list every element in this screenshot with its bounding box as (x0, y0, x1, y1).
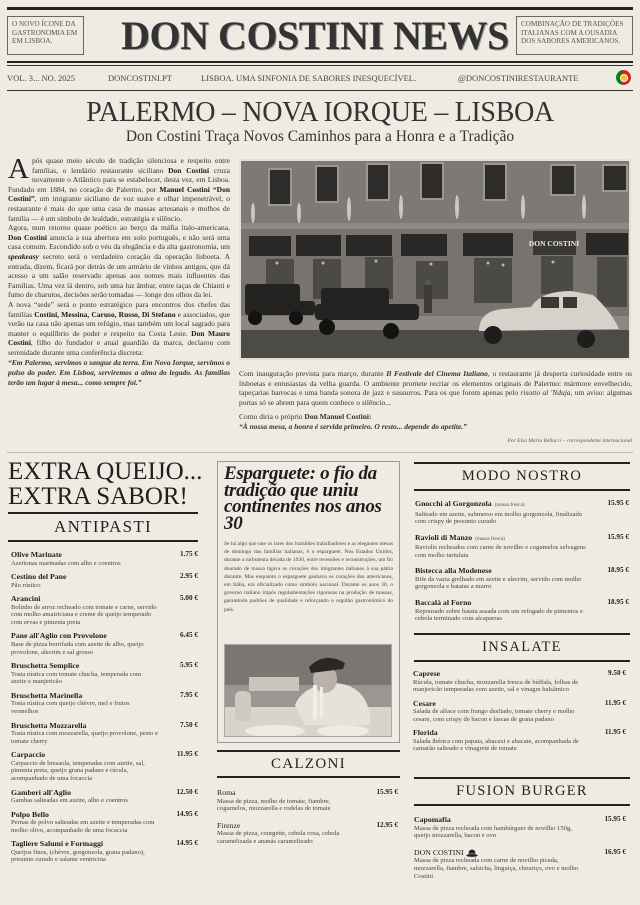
item-note: (massa fresca) (495, 502, 525, 508)
item-desc: Bife da vazia grelhado em azeite e alecr… (415, 576, 629, 591)
item-price: 5.00 € (180, 594, 198, 602)
fusion-burger-header: FUSION BURGER (414, 777, 630, 806)
article-quote: “Em Palermo, servimos o sangue da terra.… (8, 358, 230, 387)
item-desc: Azeitonas marinadas com alho e coentros (11, 560, 198, 568)
item-name: Bruschetta Marinella (11, 691, 198, 701)
item-price: 9.50 € (608, 669, 626, 677)
item-price: 12.50 € (176, 788, 198, 796)
insalate-menu: Caprese9.50 €Rúcula, tomate chucha, mozz… (413, 669, 626, 758)
slogan: EXTRA QUEIJO... EXTRA SABOR! (8, 459, 208, 509)
item-name: Caprese (413, 669, 626, 679)
item-desc: Tosta rústica com tomate chucha, tempera… (11, 671, 198, 686)
menu-item[interactable]: Bruschetta Mozzarella7.50 €Tosta rústica… (11, 721, 198, 746)
dish-name: risotto al 'Nduja (520, 388, 570, 397)
item-price: 11.95 € (605, 728, 626, 736)
text: , filho do fundador e atual guardião da … (8, 338, 230, 357)
menu-item[interactable]: Bruschetta Marinella7.95 €Tosta rústica … (11, 691, 198, 716)
item-name: Gamberi all'Aglio (11, 788, 198, 798)
menu-item[interactable]: Gamberi all'Aglio12.50 €Gambas salteadas… (11, 788, 198, 805)
article-paragraph-2: Agora, num retorno quase poético ao berç… (8, 223, 230, 300)
item-note: (massa fresca) (475, 536, 505, 542)
item-name: Arancini (11, 594, 198, 604)
feature-body: Se há algo que une os lares dos humildes… (224, 540, 393, 614)
item-price: 7.95 € (180, 691, 198, 699)
text: Agora, num retorno quase poético ao berç… (8, 223, 230, 232)
menu-item[interactable]: Cestino del Pane2.95 €Pão rústico (11, 572, 198, 589)
item-price: 18.95 € (607, 566, 629, 574)
item-desc: Queijos finos, (chèvre, gorgonzola, gran… (11, 849, 198, 864)
item-name: Florida (413, 728, 626, 738)
article-right-quote: “À nossa mesa, a honra é servida primeir… (239, 422, 632, 432)
item-desc: Salada de alface com frango desfiado, to… (413, 708, 626, 723)
item-price: 15.95 € (376, 788, 398, 796)
item-name: Cestino del Pane (11, 572, 198, 582)
masthead-left-box: O novo ícone da gastronomia em em Lisboa… (7, 16, 84, 55)
menu-item[interactable]: Bistecca alla Modenese18.95 €Bife da vaz… (415, 566, 629, 591)
item-name: Roma (217, 788, 398, 798)
insalate-header: INSALATE (414, 633, 630, 662)
item-price: 15.95 € (607, 499, 629, 507)
item-desc: Salteado em azeite, submerso em molho go… (415, 511, 629, 526)
calzoni-header: CALZONI (217, 750, 400, 778)
antipasti-menu: Olive Marinate1.75 €Azeitonas marinadas … (11, 550, 198, 869)
item-desc: Massa de pizza, molho de tomate, fiambre… (217, 798, 398, 813)
item-price: 18.95 € (607, 598, 629, 606)
item-price: 11.95 € (605, 699, 626, 707)
item-name: Polpo Bello (11, 810, 198, 820)
subheadline: Don Costini Traça Novos Caminhos para a … (0, 128, 640, 146)
menu-item[interactable]: Baccalà al Forno18.95 €Repousado sobre b… (415, 598, 629, 623)
item-name: Bruschetta Mozzarella (11, 721, 198, 731)
main-article: Após quase meio século de tradição silen… (8, 156, 230, 387)
item-desc: Bolinho de arroz recheado com tomate e c… (11, 604, 198, 627)
text-bold: Don Manuel Costini: (304, 412, 371, 421)
fedora-hat-icon (466, 848, 478, 857)
item-price: 7.50 € (180, 721, 198, 729)
section-divider (7, 452, 633, 453)
masthead-right-text: Combinação de tradições italianas com a … (521, 20, 624, 45)
item-name: Gnocchi al Gorgonzola(massa fresca) (415, 499, 629, 511)
text: Com inauguração prevista para março, dur… (239, 369, 386, 378)
item-desc: Rúcula, tomate chucha, mozzarella fresca… (413, 679, 626, 694)
text-bold: Don Costini (168, 166, 209, 175)
item-desc: Carpaccio de bresaola, temperadas com az… (11, 760, 198, 783)
item-price: 1.75 € (180, 550, 198, 558)
item-desc: Gambas salteadas em azeite, alho e coent… (11, 797, 198, 805)
article-continued: Com inauguração prevista para março, dur… (239, 369, 632, 432)
article-right-paragraph-1: Com inauguração prevista para março, dur… (239, 369, 632, 407)
portugal-flag-icon (616, 70, 631, 85)
masthead-left-text: O novo ícone da gastronomia em em Lisboa… (12, 20, 77, 45)
restaurant-facade-photo: DON COSTINI (239, 159, 631, 360)
item-desc: Raviolis recheados com carne de novilho … (415, 544, 629, 559)
item-name: Tagliere Salumi e Formaggi (11, 839, 198, 849)
headline: PALERMO – NOVA IORQUE – LISBOA (0, 97, 640, 129)
item-price: 15.95 € (604, 815, 626, 823)
byline: Por Elsa Maria Bellucci – correspondente… (508, 438, 632, 444)
item-price: 11.95 € (177, 750, 198, 758)
item-name-text: Ravioli di Manzo (415, 533, 472, 542)
menu-item[interactable]: Caprese9.50 €Rúcula, tomate chucha, mozz… (413, 669, 626, 694)
item-name: Pane all'Aglio con Provolone (11, 631, 198, 641)
fusion-burger-menu: Capomafia15.95 €Massa de pizza recheada … (414, 815, 626, 885)
item-desc: Massa de pizza, courgette, cebola roxa, … (217, 830, 398, 845)
text-italic: speakeasy (8, 252, 39, 261)
restaurant-sign: DON COSTINI (529, 239, 579, 248)
tagline: LISBOA. UMA SINFONIA DE SABORES INESQUEC… (201, 73, 416, 83)
menu-item[interactable]: Olive Marinate1.75 €Azeitonas marinadas … (11, 550, 198, 567)
modo-nostro-header: MODO NOSTRO (414, 462, 630, 491)
infobar-bottom-rule (7, 90, 633, 91)
menu-item[interactable]: Carpaccio11.95 €Carpaccio de bresaola, t… (11, 750, 198, 782)
item-name: DON COSTINI (414, 848, 626, 858)
menu-item[interactable]: Ravioli di Manzo(massa fresca)15.95 €Rav… (415, 533, 629, 560)
text: , um imigrante siciliano de voz suave e … (8, 194, 230, 222)
item-name: Ravioli di Manzo(massa fresca) (415, 533, 629, 545)
item-desc: Tosta rústica com mozzarella, queijo pro… (11, 730, 198, 745)
menu-item[interactable]: Gnocchi al Gorgonzola(massa fresca)15.95… (415, 499, 629, 526)
text: Como diria o próprio (239, 412, 304, 421)
item-desc: Base de pizza borrifada com azeite de al… (11, 641, 198, 656)
item-desc: Massa de pizza recheada com carne de nov… (414, 857, 626, 880)
drop-cap: A (8, 157, 29, 181)
item-desc: Pernas de polvo salteadas em azeite e te… (11, 819, 198, 834)
film-festival-name: Il Festivale del Cinema Italiano (386, 369, 488, 378)
item-name: Bistecca alla Modenese (415, 566, 629, 576)
volume-label: VOL. 3... NO. 2025 (7, 73, 75, 83)
modo-nostro-menu: Gnocchi al Gorgonzola(massa fresca)15.95… (415, 499, 629, 628)
menu-item[interactable]: Florida11.95 €Salada ibérica com papaia,… (413, 728, 626, 753)
item-price: 12.95 € (376, 821, 398, 829)
item-desc: Salada ibérica com papaia, abacaxi e aba… (413, 738, 626, 753)
item-name: Baccalà al Forno (415, 598, 629, 608)
menu-item[interactable]: Capomafia15.95 €Massa de pizza recheada … (414, 815, 626, 840)
article-paragraph-1: Após quase meio século de tradição silen… (8, 156, 230, 223)
calzoni-menu: Roma15.95 €Massa de pizza, molho de toma… (217, 788, 398, 850)
item-name: Capomafia (414, 815, 626, 825)
menu-item[interactable]: Polpo Bello14.95 €Pernas de polvo saltea… (11, 810, 198, 835)
article-right-paragraph-2: Como diria o próprio Don Manuel Costini: (239, 412, 632, 422)
esparguete-feature: Esparguete: o fio da tradição que uniu c… (217, 461, 400, 743)
item-name-text: Gnocchi al Gorgonzola (415, 499, 492, 508)
slogan-line-1: EXTRA QUEIJO... (8, 459, 208, 484)
menu-item[interactable]: Tagliere Salumi e Formaggi14.95 €Queijos… (11, 839, 198, 864)
item-desc: Pão rústico (11, 582, 198, 590)
item-name: Cesare (413, 699, 626, 709)
item-desc: Repousado sobre batata assada com um ref… (415, 608, 629, 623)
article-paragraph-3: A nova “sede” será o ponto estratégico p… (8, 300, 230, 358)
menu-item[interactable]: Firenze12.95 €Massa de pizza, courgette,… (217, 821, 398, 846)
social-handle-link[interactable]: @DONCOSTINIRESTAURANTE (458, 73, 578, 83)
item-name: Carpaccio (11, 750, 198, 760)
text-bold: Don Costini (8, 233, 47, 242)
item-name: Bruschetta Semplice (11, 661, 198, 671)
menu-item[interactable]: Cesare11.95 €Salada de alface com frango… (413, 699, 626, 724)
item-price: 6.45 € (180, 631, 198, 639)
menu-item[interactable]: Arancini5.00 €Bolinho de arroz recheado … (11, 594, 198, 626)
item-price: 5.95 € (180, 661, 198, 669)
item-name-text: DON COSTINI (414, 848, 464, 857)
feature-title: Esparguete: o fio da tradição que uniu c… (224, 466, 393, 532)
website-link[interactable]: DONCOSTINI.PT (108, 73, 172, 83)
item-price: 15.95 € (607, 533, 629, 541)
antipasti-header: ANTIPASTI (8, 512, 198, 542)
item-desc: Massa de pizza recheada com hambúrguer d… (414, 825, 626, 840)
info-bar: VOL. 3... NO. 2025 DONCOSTINI.PT LISBOA.… (7, 72, 633, 86)
item-price: 16.95 € (604, 848, 626, 856)
item-name: Olive Marinate (11, 550, 198, 560)
menu-item[interactable]: Roma15.95 €Massa de pizza, molho de toma… (217, 788, 398, 813)
item-desc: Tosta rústica com queijo chèvre, mel e f… (11, 700, 198, 715)
man-eating-spaghetti-photo (224, 644, 392, 737)
masthead-rule-2 (7, 65, 633, 66)
item-name: Firenze (217, 821, 398, 831)
item-price: 14.95 € (176, 839, 198, 847)
masthead-top-rule (7, 7, 633, 10)
masthead-title: DON COSTINI NEWS (92, 12, 538, 59)
item-price: 2.95 € (180, 572, 198, 580)
masthead-right-box: Combinação de tradições italianas com a … (516, 16, 633, 55)
slogan-line-2: EXTRA SABOR! (8, 484, 208, 509)
text: secreto será o verdadeiro coração da ope… (8, 252, 230, 299)
quote-text: “À nossa mesa, a honra é servida primeir… (239, 422, 467, 431)
item-price: 14.95 € (176, 810, 198, 818)
text-bold: Costini, Messina, Caruso, Russo, Di Stef… (34, 310, 175, 319)
menu-item[interactable]: Bruschetta Semplice5.95 €Tosta rústica c… (11, 661, 198, 686)
masthead-rule-1 (7, 61, 633, 63)
menu-item[interactable]: DON COSTINI16.95 €Massa de pizza rechead… (414, 848, 626, 880)
menu-item[interactable]: Pane all'Aglio con Provolone6.45 €Base d… (11, 631, 198, 656)
